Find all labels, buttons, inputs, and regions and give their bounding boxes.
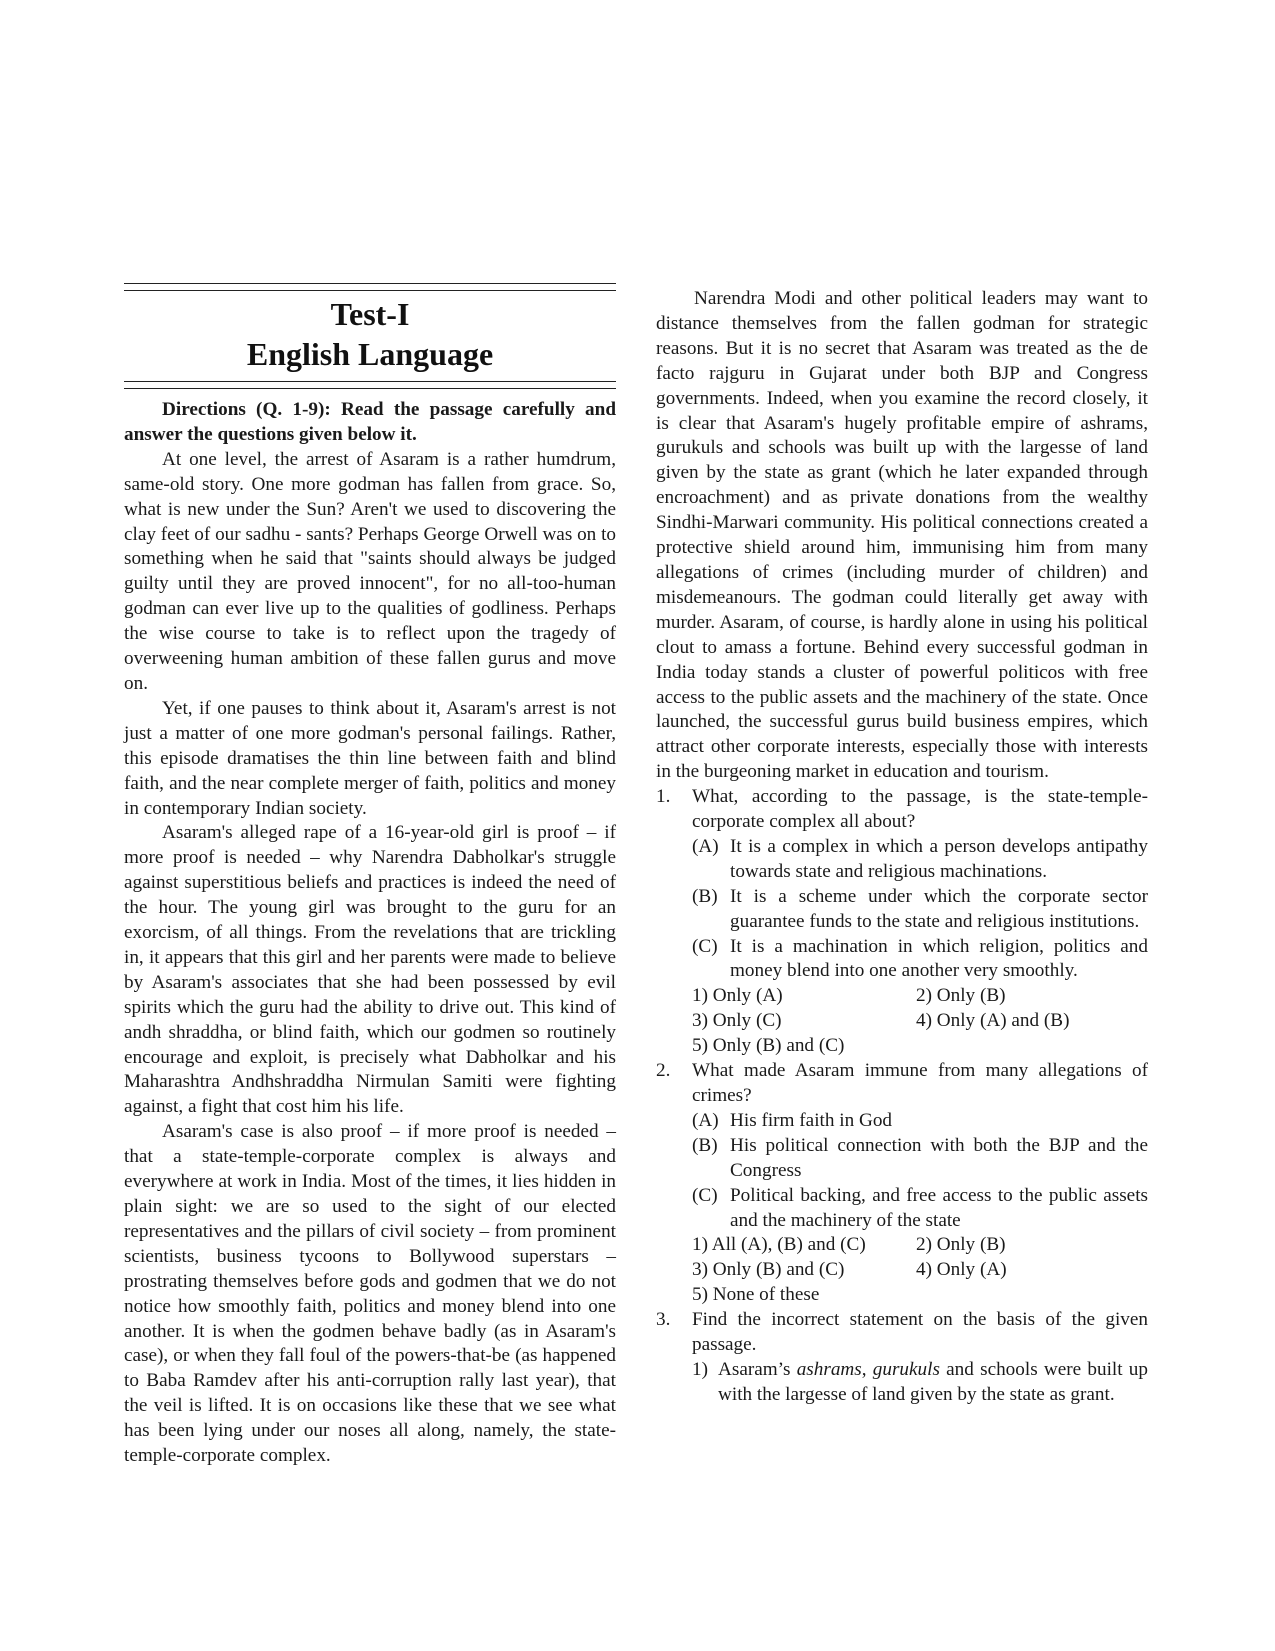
answer-choice-2[interactable]: 2) Only (B)	[916, 1233, 1148, 1258]
answer-choice-5[interactable]: 5) None of these	[692, 1283, 916, 1308]
statement-text: It is a scheme under which the corporate…	[730, 886, 1148, 932]
answer-choice-4[interactable]: 4) Only (A)	[916, 1258, 1148, 1283]
option-text-mid: ,	[862, 1359, 873, 1380]
question-text: What, according to the passage, is the s…	[692, 786, 1148, 832]
statement-a: (A) His firm faith in God	[656, 1109, 1148, 1134]
answer-choice-1[interactable]: 1) All (A), (B) and (C)	[692, 1233, 916, 1258]
statement-text: It is a complex in which a person develo…	[730, 836, 1148, 882]
question-1: 1. What, according to the passage, is th…	[656, 785, 1148, 835]
question-number: 1.	[656, 785, 670, 810]
answer-choice-3[interactable]: 3) Only (C)	[692, 1009, 916, 1034]
directions-text: Directions (Q. 1-9): Read the passage ca…	[124, 398, 616, 448]
statement-label: (B)	[692, 1134, 718, 1159]
question-text: Find the incorrect statement on the basi…	[692, 1309, 1148, 1355]
question-number: 3.	[656, 1308, 670, 1333]
passage-paragraph-1: At one level, the arrest of Asaram is a …	[124, 448, 616, 697]
statement-text: His firm faith in God	[730, 1110, 892, 1131]
statement-c: (C) Political backing, and free access t…	[656, 1184, 1148, 1234]
title-bottom-rule-1	[124, 381, 616, 382]
title-top-rule-1	[124, 283, 616, 284]
statement-label: (B)	[692, 885, 718, 910]
statement-b: (B) His political connection with both t…	[656, 1134, 1148, 1184]
question-3: 3. Find the incorrect statement on the b…	[656, 1308, 1148, 1358]
statement-a: (A) It is a complex in which a person de…	[656, 835, 1148, 885]
section-title: English Language	[124, 334, 616, 374]
statement-text: It is a machination in which religion, p…	[730, 936, 1148, 982]
answer-choice-2[interactable]: 2) Only (B)	[916, 984, 1148, 1009]
answer-choice-3[interactable]: 3) Only (B) and (C)	[692, 1258, 916, 1283]
title-top-rule-2	[124, 290, 616, 291]
statement-label: (A)	[692, 1109, 719, 1134]
statement-text: Political backing, and free access to th…	[730, 1185, 1148, 1231]
passage-paragraph-2: Yet, if one pauses to think about it, As…	[124, 697, 616, 822]
passage-paragraph-3: Asaram's alleged rape of a 16-year-old g…	[124, 821, 616, 1120]
answer-choices-q1: 1) Only (A) 2) Only (B) 3) Only (C) 4) O…	[656, 984, 1148, 1059]
statement-label: (C)	[692, 935, 718, 960]
answer-choice-1[interactable]: 1) Asaram’s ashrams, gurukuls and school…	[656, 1358, 1148, 1408]
option-text-pre: Asaram’s	[718, 1359, 797, 1380]
question-2: 2. What made Asaram immune from many all…	[656, 1059, 1148, 1109]
left-column: Directions (Q. 1-9): Read the passage ca…	[124, 398, 616, 1469]
option-italic-ashrams: ashrams	[797, 1359, 862, 1380]
question-number: 2.	[656, 1059, 670, 1084]
option-italic-gurukuls: gurukuls	[873, 1359, 940, 1380]
page-title: Test-I English Language	[124, 294, 616, 374]
test-title: Test-I	[124, 294, 616, 334]
answer-choice-1[interactable]: 1) Only (A)	[692, 984, 916, 1009]
question-text: What made Asaram immune from many allega…	[692, 1060, 1148, 1106]
answer-choice-5[interactable]: 5) Only (B) and (C)	[692, 1034, 916, 1059]
statement-label: (A)	[692, 835, 719, 860]
answer-choice-4[interactable]: 4) Only (A) and (B)	[916, 1009, 1148, 1034]
passage-paragraph-5: Narendra Modi and other political leader…	[656, 287, 1148, 785]
exam-page: Test-I English Language Directions (Q. 1…	[0, 0, 1275, 1651]
statement-c: (C) It is a machination in which religio…	[656, 935, 1148, 985]
answer-choices-q2: 1) All (A), (B) and (C) 2) Only (B) 3) O…	[656, 1233, 1148, 1308]
option-label: 1)	[692, 1358, 708, 1383]
statement-b: (B) It is a scheme under which the corpo…	[656, 885, 1148, 935]
statement-text: His political connection with both the B…	[730, 1135, 1148, 1181]
statement-label: (C)	[692, 1184, 718, 1209]
title-bottom-rule-2	[124, 388, 616, 389]
right-column: Narendra Modi and other political leader…	[656, 287, 1148, 1408]
passage-paragraph-4: Asaram's case is also proof – if more pr…	[124, 1120, 616, 1469]
